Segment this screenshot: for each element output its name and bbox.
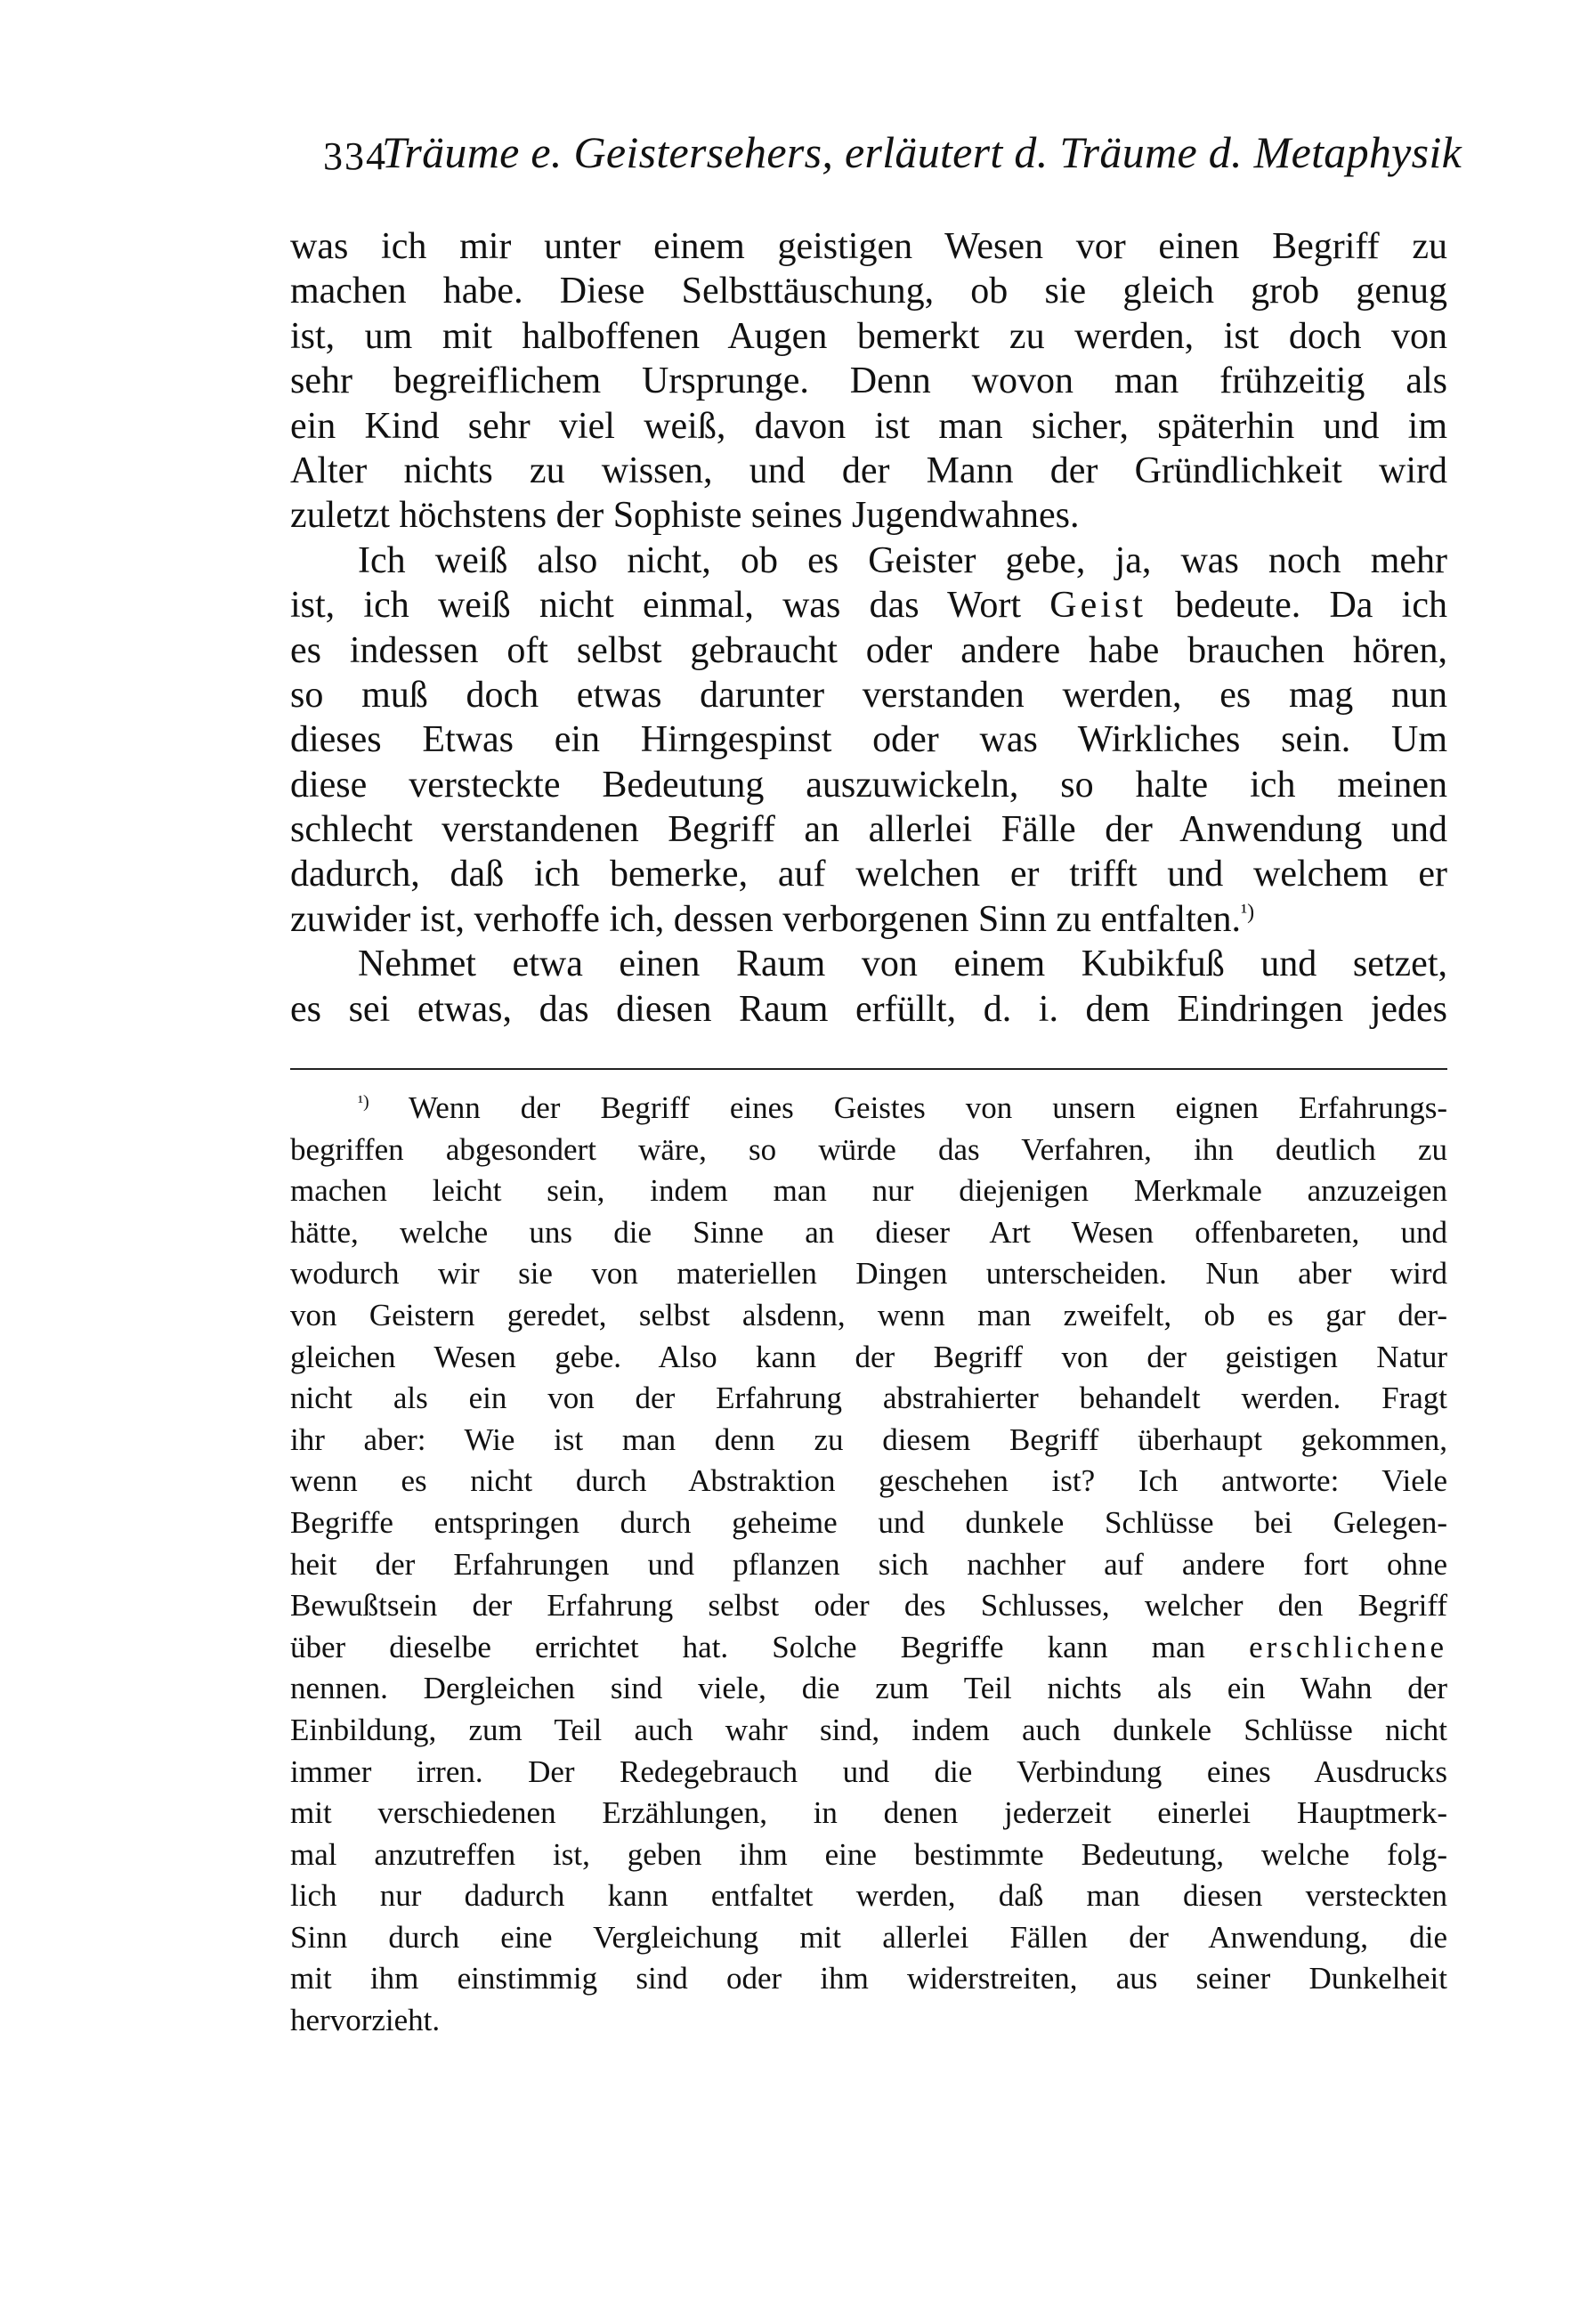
emphasized-word: Geist [1049, 585, 1146, 626]
footnote-line: hervorzieht. [290, 2000, 1447, 2042]
footnote-line: mit verschiedenen Erzählungen, in denen … [290, 1793, 1447, 1834]
text-line: diese versteckte Bedeutung auszuwickeln,… [290, 763, 1447, 807]
footnote-line: ¹) Wenn der Begriff eines Geistes von un… [290, 1088, 1447, 1130]
footnote-line: immer irren. Der Redegebrauch und die Ve… [290, 1752, 1447, 1794]
footnote-line: hätte, welche uns die Sinne an dieser Ar… [290, 1212, 1447, 1254]
text-line: dadurch, daß ich bemerke, auf welchen er… [290, 852, 1447, 896]
text-line: ist, um mit halboffenen Augen bemerkt zu… [290, 314, 1447, 359]
text-segment: zuwider ist, verhoffe ich, dessen verbor… [290, 899, 1241, 940]
text-line: ist, ich weiß nicht einmal, was das Wort… [290, 583, 1447, 628]
text-line: ein Kind sehr viel weiß, davon ist man s… [290, 404, 1447, 449]
text-segment: über dieselbe errichtet hat. Solche Begr… [290, 1630, 1205, 1664]
footnote-line: ihr aber: Wie ist man denn zu diesem Beg… [290, 1420, 1447, 1462]
footnote-line: begriffen abgesondert wäre, so würde das… [290, 1130, 1447, 1171]
footnote: ¹) Wenn der Begriff eines Geistes von un… [290, 1088, 1447, 2042]
footnote-line: wenn es nicht durch Abstraktion geschehe… [290, 1461, 1447, 1502]
footnote-line: machen leicht sein, indem man nur diejen… [290, 1170, 1447, 1212]
text-line: es indessen oft selbst gebraucht oder an… [290, 628, 1447, 673]
footnote-line: gleichen Wesen gebe. Also kann der Begri… [290, 1337, 1447, 1379]
footnote-line: lich nur dadurch kann entfaltet werden, … [290, 1875, 1447, 1917]
text-segment: ist, ich weiß nicht einmal, was das Wort [290, 585, 1021, 626]
paragraph-start-line: Ich weiß also nicht, ob es Geister gebe,… [290, 539, 1447, 583]
footnote-line: Bewußtsein der Erfahrung selbst oder des… [290, 1585, 1447, 1627]
footnote-line: Sinn durch eine Vergleichung mit allerle… [290, 1917, 1447, 1959]
text-line: sehr begreiflichem Ursprunge. Denn wovon… [290, 359, 1447, 403]
book-page: 334 Träume e. Geistersehers, erläutert d… [0, 0, 1596, 2300]
text-line: so muß doch etwas darunter verstanden we… [290, 673, 1447, 717]
footnote-line: nicht als ein von der Erfahrung abstrahi… [290, 1378, 1447, 1420]
page-header: 334 Träume e. Geistersehers, erläutert d… [323, 126, 1446, 189]
footnote-line: nennen. Dergleichen sind viele, die zum … [290, 1668, 1447, 1710]
footnote-marker: ¹) [358, 1092, 369, 1112]
running-title: Träume e. Geistersehers, erläutert d. Tr… [382, 126, 1462, 178]
page-number: 334 [323, 134, 387, 179]
footnote-line: heit der Erfahrungen und pflanzen sich n… [290, 1544, 1447, 1586]
text-segment: Wenn der Begriff eines Geistes von unser… [409, 1090, 1447, 1125]
text-line: dieses Etwas ein Hirngespinst oder was W… [290, 717, 1447, 762]
footnote-line: wodurch wir sie von materiellen Dingen u… [290, 1253, 1447, 1295]
text-line: Alter nichts zu wissen, und der Mann der… [290, 449, 1447, 493]
footnote-line: mit ihm einstimmig sind oder ihm widerst… [290, 1958, 1447, 2000]
footnote-divider [290, 1068, 1447, 1070]
footnote-line: Einbildung, zum Teil auch wahr sind, ind… [290, 1710, 1447, 1752]
text-line: machen habe. Diese Selbsttäuschung, ob s… [290, 269, 1447, 313]
text-segment: bedeute. Da ich [1175, 585, 1447, 626]
footnote-line: mal anzutreffen ist, geben ihm eine best… [290, 1834, 1447, 1876]
footnote-line: von Geistern geredet, selbst alsdenn, we… [290, 1295, 1447, 1337]
main-text: was ich mir unter einem geistigen Wesen … [290, 224, 1447, 1032]
paragraph-start-line: Nehmet etwa einen Raum von einem Kubikfu… [290, 942, 1447, 986]
text-line: schlecht verstandenen Begriff an allerle… [290, 807, 1447, 852]
footnote-line: Begriffe entspringen durch geheime und d… [290, 1502, 1447, 1544]
footnote-line: über dieselbe errichtet hat. Solche Begr… [290, 1627, 1447, 1669]
text-line: was ich mir unter einem geistigen Wesen … [290, 224, 1447, 269]
text-line: es sei etwas, das diesen Raum erfüllt, d… [290, 987, 1447, 1032]
text-line: zuletzt höchstens der Sophiste seines Ju… [290, 493, 1447, 538]
footnote-reference[interactable]: ¹) [1241, 901, 1254, 924]
emphasized-word: erschlichene [1249, 1630, 1447, 1664]
text-line: zuwider ist, verhoffe ich, dessen verbor… [290, 897, 1447, 942]
